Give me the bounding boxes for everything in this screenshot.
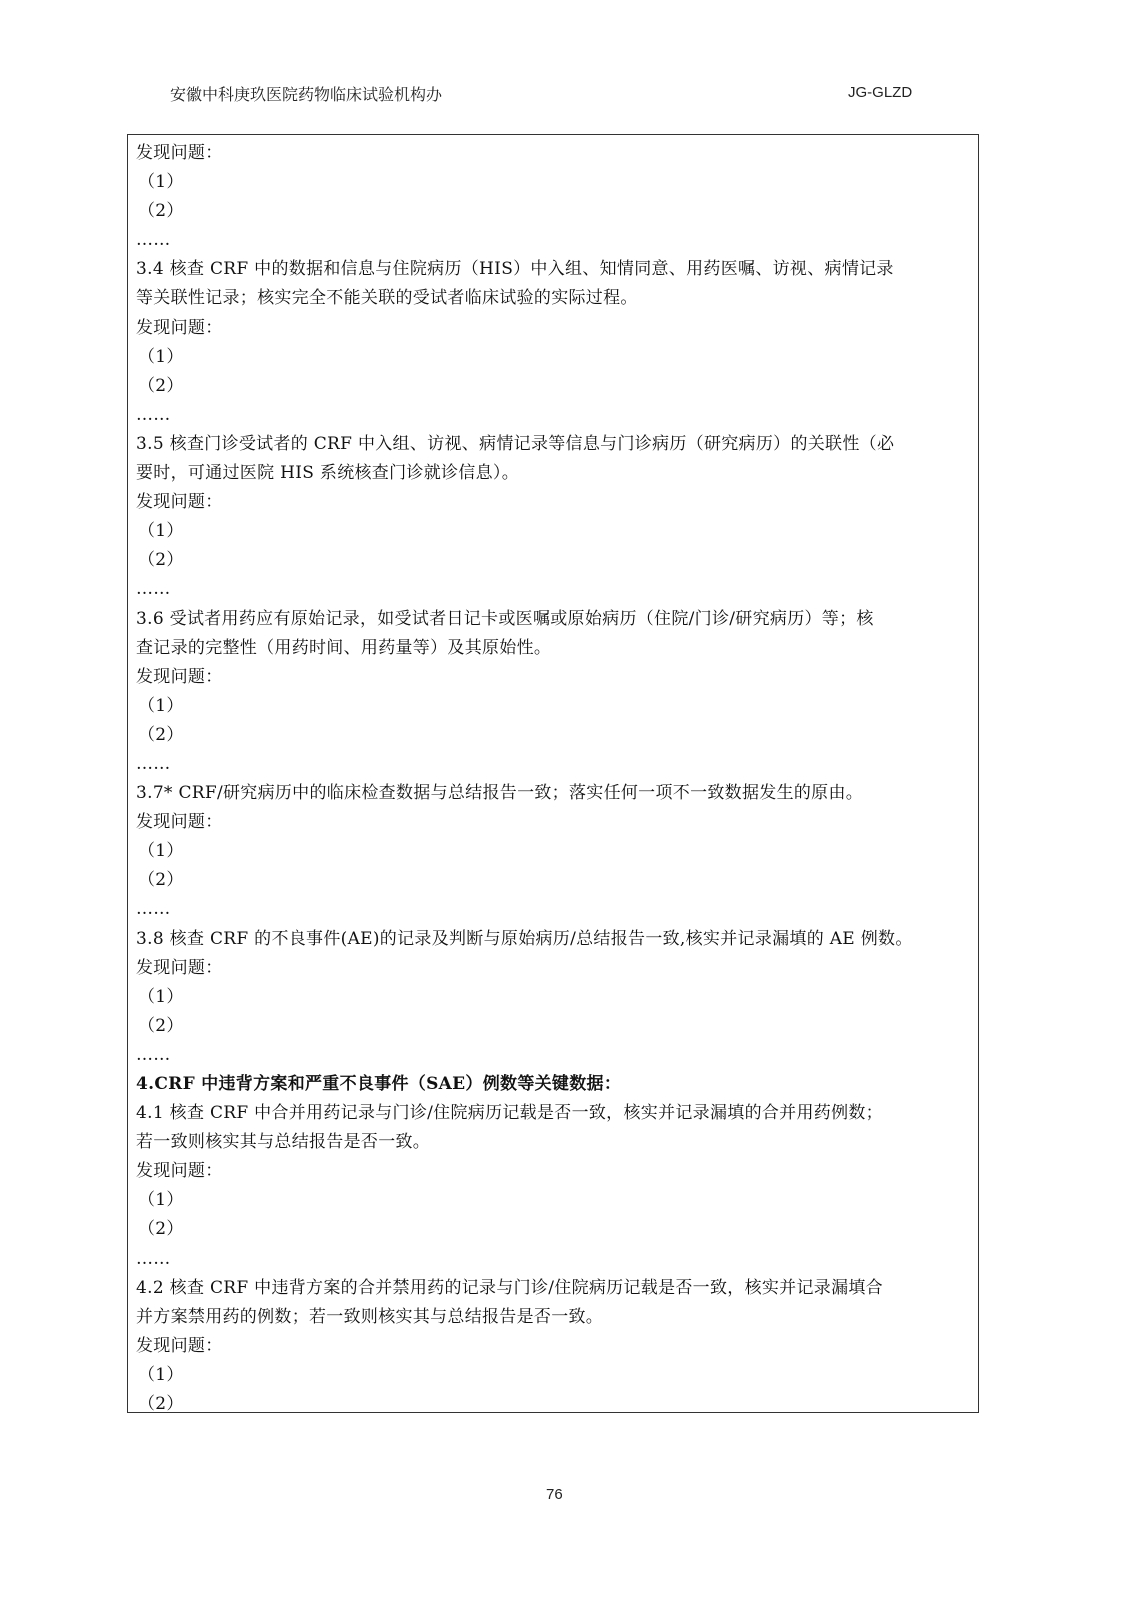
findings-label: 发现问题： (136, 314, 972, 343)
check-item-text: 3.6 受试者用药应有原始记录，如受试者日记卡或医嘱或原始病历（住院/门诊/研究… (136, 605, 972, 634)
check-item-text: 3.4 核查 CRF 中的数据和信息与住院病历（HIS）中入组、知情同意、用药医… (136, 255, 972, 284)
finding-number: （2） (136, 372, 972, 401)
finding-number: （1） (136, 1361, 972, 1390)
ellipsis: …… (136, 575, 972, 604)
finding-number: （2） (136, 1390, 972, 1419)
findings-label: 发现问题： (136, 1332, 972, 1361)
checklist-table-cell: 发现问题：（1）（2）……3.4 核查 CRF 中的数据和信息与住院病历（HIS… (127, 134, 979, 1413)
check-item-text: 查记录的完整性（用药时间、用药量等）及其原始性。 (136, 634, 972, 663)
finding-number: （1） (136, 1186, 972, 1215)
check-item-text: 4.1 核查 CRF 中合并用药记录与门诊/住院病历记载是否一致，核实并记录漏填… (136, 1099, 972, 1128)
finding-number: （1） (136, 343, 972, 372)
finding-number: （2） (136, 197, 972, 226)
finding-number: （2） (136, 1215, 972, 1244)
check-item-text: 等关联性记录；核实完全不能关联的受试者临床试验的实际过程。 (136, 284, 972, 313)
findings-label: 发现问题： (136, 1157, 972, 1186)
finding-number: （1） (136, 692, 972, 721)
finding-number: （1） (136, 517, 972, 546)
finding-number: （2） (136, 1012, 972, 1041)
page-number: 76 (546, 1486, 563, 1503)
check-item-text: 4.2 核查 CRF 中违背方案的合并禁用药的记录与门诊/住院病历记载是否一致，… (136, 1274, 972, 1303)
header-doc-code: JG-GLZD (848, 84, 912, 101)
check-item-text: 3.5 核查门诊受试者的 CRF 中入组、访视、病情记录等信息与门诊病历（研究病… (136, 430, 972, 459)
findings-label: 发现问题： (136, 808, 972, 837)
ellipsis: …… (136, 401, 972, 430)
check-item-text: 若一致则核实其与总结报告是否一致。 (136, 1128, 972, 1157)
finding-number: （1） (136, 837, 972, 866)
ellipsis: …… (136, 750, 972, 779)
finding-number: （1） (136, 168, 972, 197)
ellipsis: …… (136, 226, 972, 255)
finding-number: （2） (136, 721, 972, 750)
check-item-text: 并方案禁用药的例数；若一致则核实其与总结报告是否一致。 (136, 1303, 972, 1332)
findings-label: 发现问题： (136, 954, 972, 983)
ellipsis: …… (136, 1245, 972, 1274)
findings-label: 发现问题： (136, 139, 972, 168)
section-heading: 4.CRF 中违背方案和严重不良事件（SAE）例数等关键数据： (136, 1070, 972, 1099)
check-item-text: 3.8 核查 CRF 的不良事件(AE)的记录及判断与原始病历/总结报告一致,核… (136, 925, 972, 954)
finding-number: （2） (136, 546, 972, 575)
header-organization: 安徽中科庚玖医院药物临床试验机构办 (170, 82, 442, 105)
ellipsis: …… (136, 895, 972, 924)
check-item-text: 3.7* CRF/研究病历中的临床检查数据与总结报告一致；落实任何一项不一致数据… (136, 779, 972, 808)
check-item-text: 要时，可通过医院 HIS 系统核查门诊就诊信息）。 (136, 459, 972, 488)
findings-label: 发现问题： (136, 663, 972, 692)
finding-number: （2） (136, 866, 972, 895)
finding-number: （1） (136, 983, 972, 1012)
checklist-content: 发现问题：（1）（2）……3.4 核查 CRF 中的数据和信息与住院病历（HIS… (136, 139, 972, 1419)
ellipsis: …… (136, 1041, 972, 1070)
findings-label: 发现问题： (136, 488, 972, 517)
